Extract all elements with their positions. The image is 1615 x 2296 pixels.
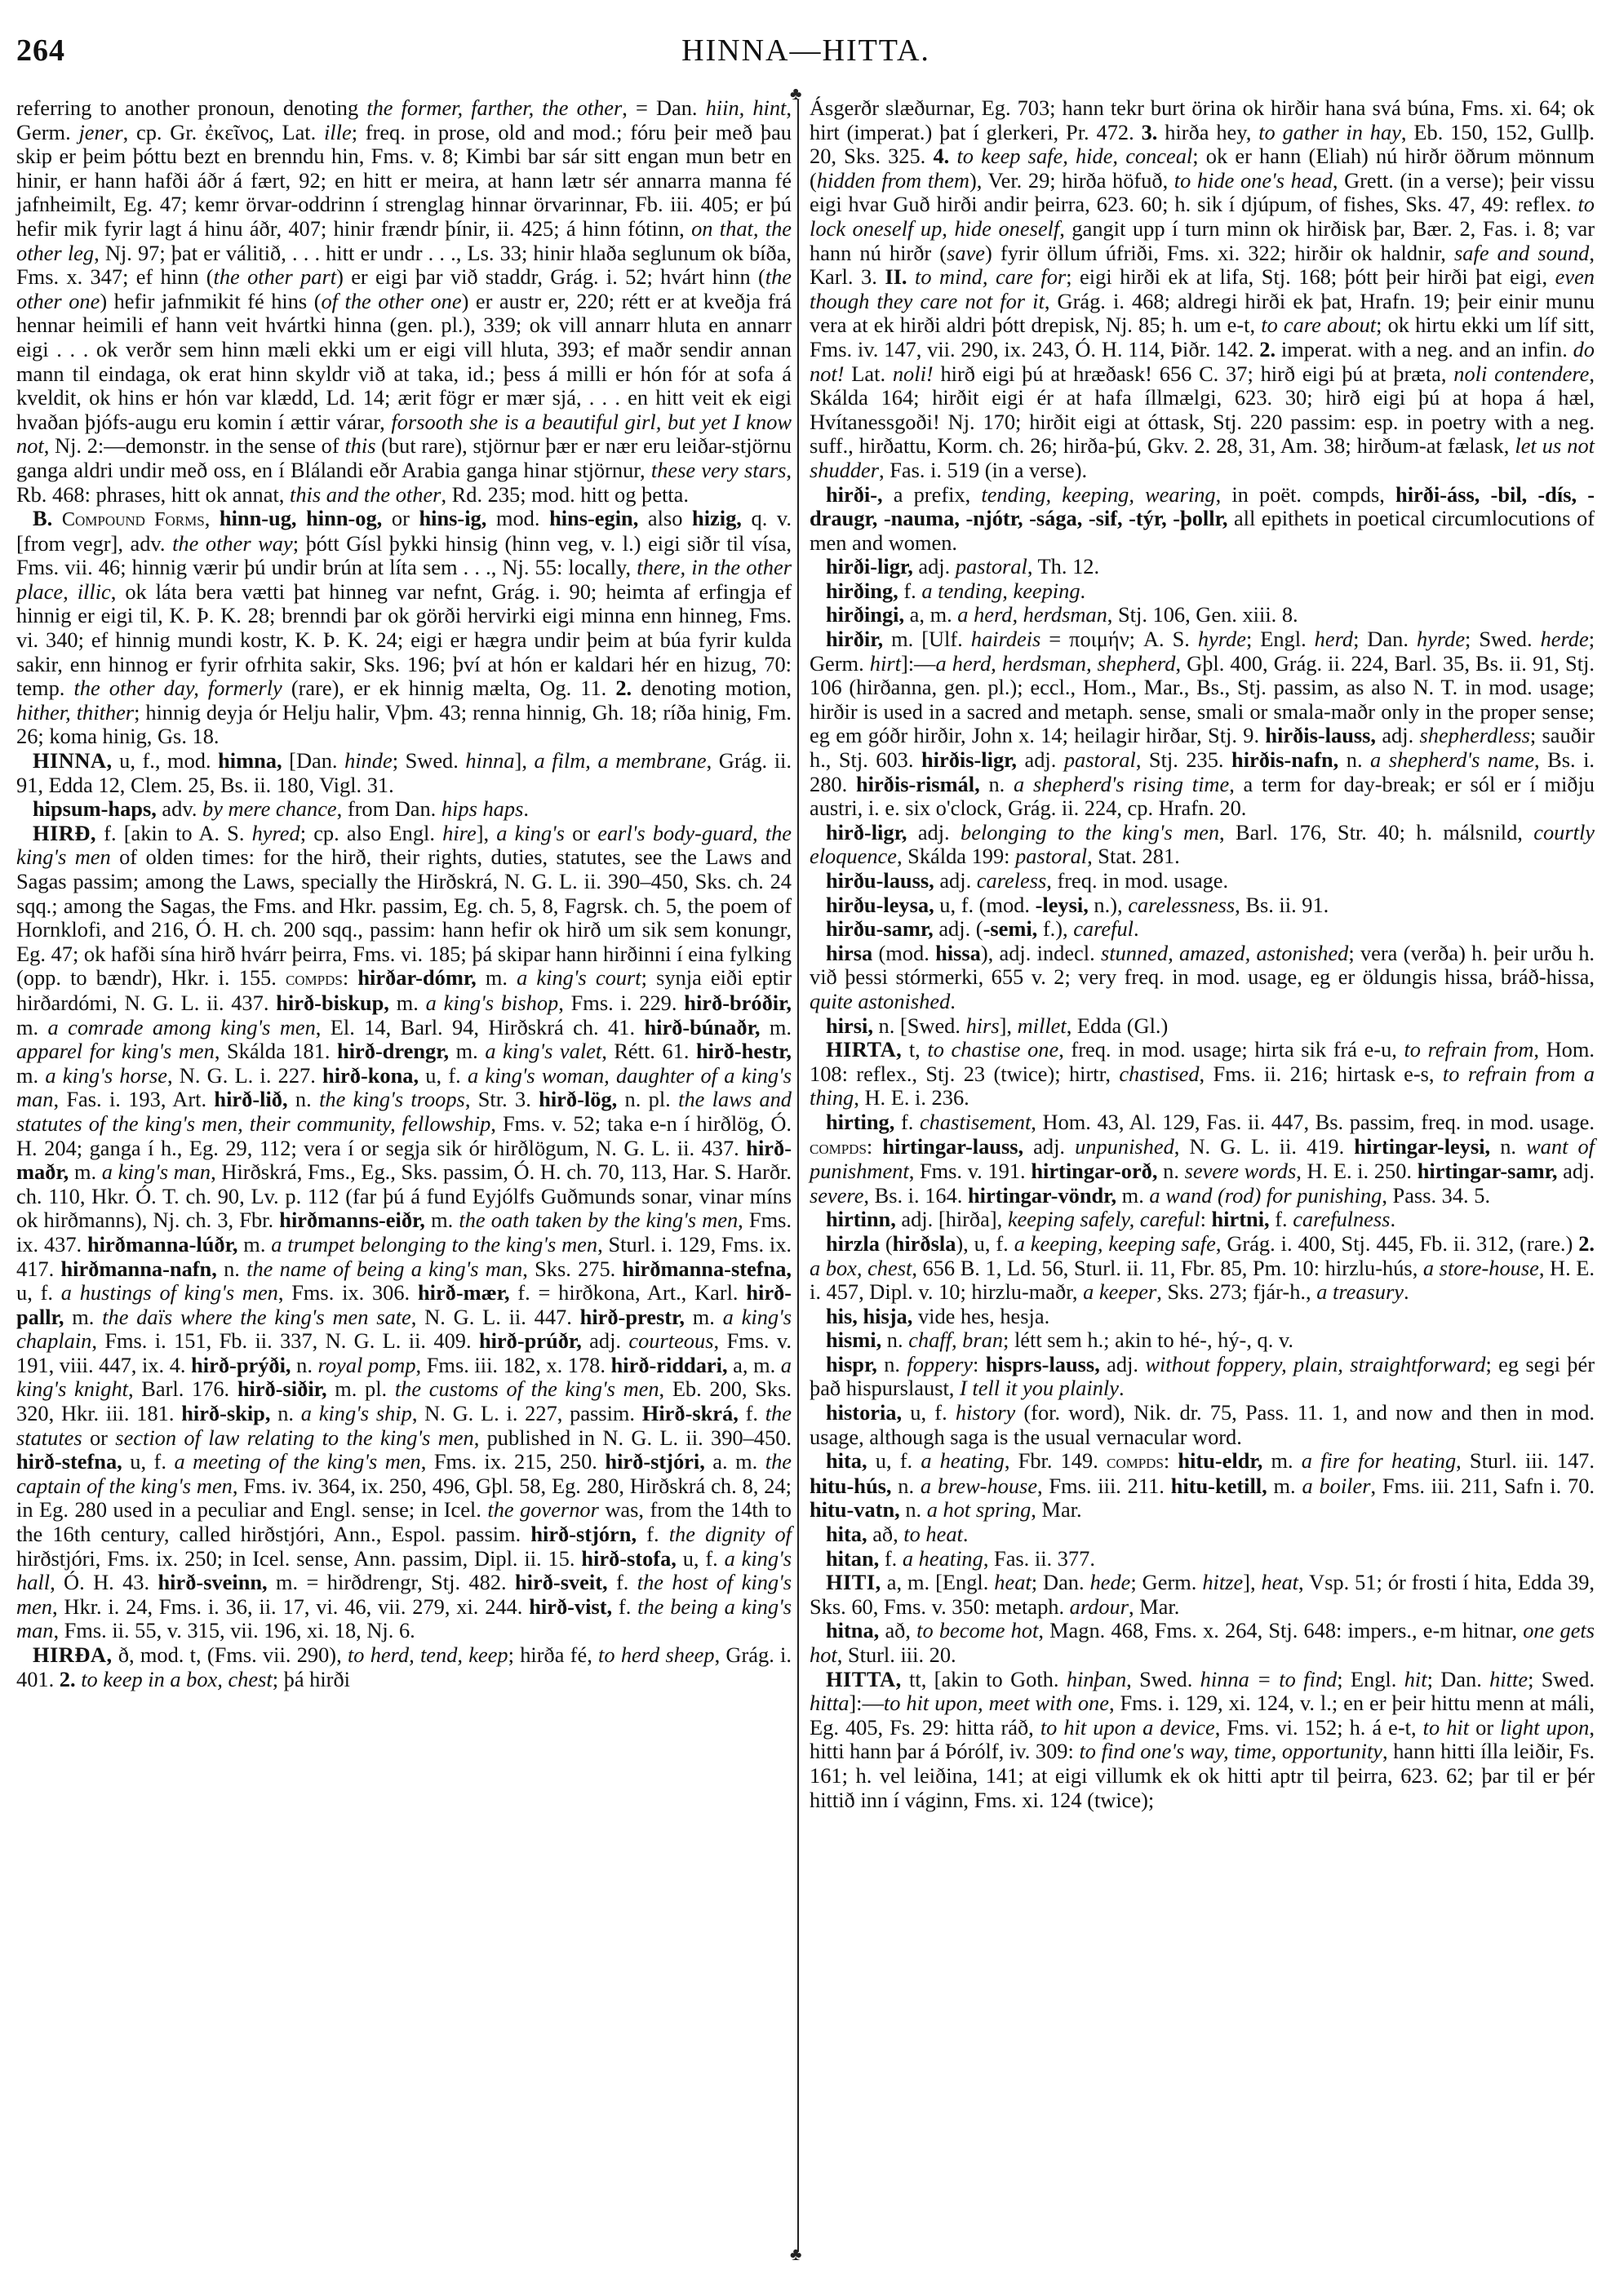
entry-text: m. — [760, 1015, 792, 1039]
entry-text: belonging to the king's men — [961, 820, 1219, 844]
headword: 2. — [1578, 1231, 1595, 1256]
dictionary-entry: HITTA, tt, [akin to Goth. hinþan, Swed. … — [810, 1668, 1595, 1813]
entry-text: a keeper — [1083, 1279, 1156, 1304]
entry-text: m. — [685, 1305, 723, 1329]
dictionary-entry: hirðingi, a, m. a herd, herdsman, Stj. 1… — [810, 603, 1595, 627]
entry-text: f. — [1270, 1207, 1293, 1231]
entry-text: a king's horse — [45, 1063, 167, 1088]
entry-text: tending, keeping, wearing — [981, 482, 1215, 507]
entry-text: , Rétt. 61. — [601, 1039, 696, 1063]
entry-text: to herd sheep — [598, 1642, 715, 1667]
headword: hitu-ketill, — [1171, 1474, 1267, 1498]
entry-text: keeping safely, careful — [1008, 1207, 1200, 1231]
entry-text: ) fyrir öllum úfriði, Fms. xi. 322; hirð… — [985, 241, 1454, 265]
entry-text: , N. G. L. i. 227, passim. — [412, 1401, 642, 1425]
headword: II. — [885, 264, 907, 289]
entry-text: u, f. — [16, 1280, 61, 1305]
entry-text: careless — [977, 868, 1047, 893]
dictionary-entry: hirðu-leysa, u, f. (mod. -leysi, n.), ca… — [810, 893, 1595, 918]
entry-text: u, f. (mod. — [934, 893, 1036, 917]
entry-text: , Grág. i. 400, Stj. 445, Fb. ii. 312, (… — [1216, 1231, 1578, 1256]
entry-text: = ποιμήν; A. S. — [1040, 627, 1198, 651]
entry-text: millet — [1018, 1013, 1067, 1038]
entry-text: ], — [1243, 1570, 1261, 1594]
dictionary-entry: hita, að, to heat. — [810, 1523, 1595, 1547]
entry-text: : — [973, 1352, 986, 1376]
headword: hirðis-ligr, — [921, 747, 1017, 772]
dictionary-entry: hita, u, f. a heating, Fbr. 149. compds:… — [810, 1449, 1595, 1523]
headword: hipsum-haps, — [33, 796, 157, 821]
entry-text: n. — [980, 772, 1014, 796]
running-title: HINNA—HITTA. — [16, 33, 1595, 69]
entry-text: hinna — [465, 748, 514, 773]
entry-text: ) hefir jafnmikit fé hins ( — [100, 289, 321, 313]
entry-text: , Hkr. i. 24, Fms. i. 36, ii. 17, vi. 46… — [52, 1594, 529, 1619]
column-divider — [797, 100, 799, 2252]
entry-text: a prefix, — [883, 482, 982, 507]
entry-text: , in poët. compds, — [1216, 482, 1395, 507]
entry-text: foppery — [907, 1352, 973, 1376]
entry-text: , Fms. i. 229. — [558, 991, 684, 1015]
headword: hirðsla — [893, 1231, 956, 1256]
headword: hirsa — [826, 941, 872, 965]
entry-text: to keep safe, hide, conceal — [956, 144, 1192, 168]
entry-text: ]:— — [901, 651, 936, 676]
headword: hins-ig, — [419, 506, 486, 530]
entry-text: : — [1200, 1207, 1212, 1231]
entry-text: ; Dan. — [1427, 1667, 1490, 1691]
entry-text: , from Dan. — [337, 796, 441, 821]
entry-text: u, f. — [419, 1063, 468, 1088]
entry-text: hyrde — [1417, 627, 1465, 651]
dictionary-entry: referring to another pronoun, denoting t… — [16, 96, 792, 507]
headword: hirð-siðir, — [237, 1376, 327, 1401]
headword: hirð-lið, — [214, 1087, 287, 1111]
entry-text: m. — [237, 1232, 271, 1257]
entry-text: , Edda (Gl.) — [1067, 1013, 1169, 1038]
entry-text: , Fms. ix. 306. — [278, 1280, 418, 1305]
entry-text: , Fas. i. 193, Art. — [53, 1087, 214, 1111]
entry-text: m. — [16, 1063, 45, 1088]
entry-text: to refrain from — [1404, 1037, 1533, 1062]
entry-text: chastisement — [920, 1110, 1031, 1134]
entry-text: , Fms. vi. 152; h. á e-t, — [1215, 1715, 1423, 1740]
headword: hirð-lög, — [539, 1087, 617, 1111]
entry-text: adj. — [934, 868, 977, 893]
dictionary-entry: hirtinn, adj. [hirða], keeping safely, c… — [810, 1208, 1595, 1232]
headword: HITI, — [826, 1570, 881, 1594]
entry-text: hinþan — [1067, 1667, 1126, 1691]
entry-text: the dignity of — [669, 1522, 792, 1546]
entry-text: ; Engl. — [1246, 627, 1315, 651]
entry-text: to hit upon, meet with one — [884, 1691, 1109, 1715]
entry-text: chastised — [1119, 1062, 1199, 1086]
entry-text: careful — [1073, 916, 1134, 941]
entry-text: , freq. in mod. usage. — [1046, 868, 1228, 893]
entry-text: hire — [442, 821, 477, 845]
headword: hirting, — [826, 1110, 894, 1134]
entry-text: m. pl. — [327, 1376, 395, 1401]
entry-text: a tending, keeping — [921, 578, 1080, 603]
headword: hizig, — [692, 506, 742, 530]
entry-text: , Fms. ix. 215, 250. — [421, 1449, 606, 1474]
entry-text: m. = hirðdrengr, Stj. 482. — [268, 1570, 515, 1594]
entry-text: hips haps — [441, 796, 523, 821]
entry-text: , Fms. iii. 211. — [1037, 1474, 1171, 1498]
entry-text: a, m. — [728, 1353, 781, 1377]
entry-text: ardour — [1070, 1594, 1129, 1619]
headword: hirtni, — [1212, 1207, 1270, 1231]
entry-text: m. — [1116, 1183, 1149, 1208]
entry-text: ; létt sem h.; akin to hé-, hý-, q. v. — [1003, 1328, 1293, 1352]
headword: hirð-bróðir, — [684, 991, 792, 1015]
headword: -leysi, — [1036, 893, 1089, 917]
entry-text: : — [867, 1134, 882, 1159]
entry-text: by mere chance — [202, 796, 337, 821]
entry-text: a boiler — [1302, 1474, 1370, 1498]
entry-text: compds — [286, 968, 343, 990]
entry-text: . — [1390, 1207, 1395, 1231]
entry-text: a comrade among king's men — [48, 1015, 316, 1039]
dictionary-entry: hirting, f. chastisement, Hom. 43, Al. 1… — [810, 1110, 1595, 1208]
entry-text: , Sks. 275. — [522, 1257, 622, 1281]
entry-text: ; hirða fé, — [508, 1642, 598, 1667]
entry-text: hinde — [344, 748, 393, 773]
entry-text: a heating — [921, 1448, 1005, 1473]
entry-text: , Bs. i. 164. — [863, 1183, 968, 1208]
entry-text: a king's ship — [301, 1401, 412, 1425]
entry-text: n. pl. — [617, 1087, 678, 1111]
entry-text: f. — [898, 578, 922, 603]
headword: 2. — [1259, 337, 1276, 361]
entry-text: or — [565, 821, 597, 845]
entry-text: mod. — [486, 506, 549, 530]
entry-text: imperat. with a neg. and an infin. — [1276, 337, 1573, 361]
entry-text: , H. E. i. 236. — [854, 1085, 969, 1110]
entry-text: the customs of the king's men — [395, 1376, 659, 1401]
entry-text: , H. E. i. 250. — [1296, 1159, 1417, 1183]
entry-text: , El. 14, Barl. 94, Hirðskrá ch. 41. — [316, 1015, 645, 1039]
entry-text: f. = hirðkona, Art., Karl. — [510, 1280, 747, 1305]
headword: hirtingar-samr, — [1418, 1159, 1558, 1183]
entry-text: m. — [389, 991, 426, 1015]
entry-text: t, — [902, 1037, 927, 1062]
headword: -semi, — [983, 916, 1038, 941]
entry-text: to heat — [903, 1522, 963, 1546]
entry-text: to chastise one — [927, 1037, 1058, 1062]
entry-text: , Skálda 199: — [897, 844, 1015, 868]
entry-text: hitte — [1489, 1667, 1528, 1691]
entry-text: . — [1119, 1376, 1125, 1400]
entry-text: a, m. — [904, 602, 957, 627]
headword: hirð-sveit, — [515, 1570, 608, 1594]
entry-text: hirða hey, — [1157, 120, 1258, 144]
dictionary-entry: hirð-ligr, adj. belonging to the king's … — [810, 821, 1595, 869]
headword: hirðing, — [826, 578, 898, 603]
entry-text: (mod. — [872, 941, 935, 965]
entry-text: a keeping, keeping safe — [1014, 1231, 1216, 1256]
entry-text: . — [523, 796, 529, 821]
entry-text: m. [Ulf. — [883, 627, 971, 651]
headword: hirðmanna-stefna, — [623, 1257, 792, 1281]
entry-text: ; Engl. — [1337, 1667, 1404, 1691]
headword: hitna, — [826, 1618, 879, 1642]
entry-text: n. — [291, 1353, 318, 1377]
entry-text: hirð eigi þú at hræðask! 656 C. 37; hirð… — [934, 361, 1454, 386]
entry-text: adj. — [913, 554, 956, 578]
entry-text: , published in N. G. L. ii. 390–450. — [474, 1425, 792, 1450]
entry-text: , = Dan. — [622, 95, 705, 120]
entry-text: adj. — [582, 1328, 629, 1353]
entry-text: m. — [477, 965, 517, 990]
page-header: 264 HINNA—HITTA. — [16, 33, 1595, 82]
entry-text: , Stat. 281. — [1087, 844, 1180, 868]
headword: hirð-mær, — [418, 1280, 510, 1305]
entry-text: to care about — [1261, 312, 1376, 337]
entry-text: u, f. — [867, 1448, 921, 1473]
entry-text: m. — [449, 1039, 485, 1063]
entry-text: m. — [64, 1305, 102, 1329]
entry-text: n. — [892, 1474, 921, 1498]
entry-text: quite astonished — [810, 989, 950, 1013]
entry-text: n. — [1157, 1159, 1184, 1183]
dictionary-entry: HIRÐA, ð, mod. t, (Fms. vii. 290), to he… — [16, 1643, 792, 1691]
entry-text: Compound Forms — [62, 508, 205, 530]
entry-text: ), adj. indecl. — [981, 941, 1101, 965]
entry-text: jener — [78, 120, 122, 144]
entry-text: unpunished — [1075, 1134, 1174, 1159]
entry-text: or — [382, 506, 419, 530]
entry-text: tt, [akin to Goth. — [902, 1667, 1067, 1691]
entry-text: , Hom. 43, Al. 129, Fas. ii. 447, Bs. pa… — [1031, 1110, 1595, 1134]
entry-text: carelessness — [1128, 893, 1235, 917]
headword: hirtingar-leysi, — [1354, 1134, 1490, 1159]
entry-text: a treasury — [1316, 1279, 1404, 1304]
entry-text: . — [1404, 1279, 1409, 1304]
entry-text: hyrde — [1198, 627, 1246, 651]
entry-text: , Rd. 235; mod. hitt og þetta. — [441, 482, 688, 507]
entry-text: ( — [880, 1231, 893, 1256]
entry-text: a king's valet — [485, 1039, 601, 1063]
entry-text: ), Ver. 29; hirða höfuð, — [969, 168, 1174, 193]
entry-text: hede — [1090, 1570, 1131, 1594]
entry-text: . — [1134, 916, 1139, 941]
headword: hirð-drengr, — [337, 1039, 449, 1063]
entry-text: to become hot — [916, 1618, 1038, 1642]
entry-text: n. — [270, 1401, 300, 1425]
entry-text: pastoral — [1015, 844, 1087, 868]
dictionary-entry: hirsi, n. [Swed. hirs], millet, Edda (Gl… — [810, 1014, 1595, 1039]
headword: hirð-prestr, — [580, 1305, 685, 1329]
headword: hirð-stofa, — [581, 1546, 677, 1571]
entry-text: ) er eigi þar við staddr, Grág. i. 52; h… — [336, 264, 765, 289]
entry-text: hirðstjóri, Fms. ix. 250; in Icel. sense… — [16, 1546, 581, 1571]
entry-text: heat — [1262, 1570, 1298, 1594]
entry-text: or — [82, 1425, 116, 1450]
entry-text: , Pass. 34. 5. — [1382, 1183, 1490, 1208]
entry-text: ; Dan. — [1353, 627, 1417, 651]
entry-text: adj. [hirða], — [896, 1207, 1008, 1231]
entry-text: the king's troops — [319, 1087, 465, 1111]
entry-text: n. — [288, 1087, 319, 1111]
entry-text: denoting motion, — [632, 676, 792, 700]
entry-text: a king's — [496, 821, 565, 845]
entry-text: a. m. — [705, 1449, 765, 1474]
entry-text: f.), — [1037, 916, 1073, 941]
entry-text: [Dan. — [282, 748, 344, 773]
dictionary-entry: B. Compound Forms, hinn-ug, hinn-og, or … — [16, 507, 792, 749]
column-ornament-bottom-icon: ♣ — [790, 2245, 801, 2263]
entry-text: , Fms. iii. 182, x. 178. — [416, 1353, 611, 1377]
dictionary-entry: hirðu-lauss, adj. careless, freq. in mod… — [810, 869, 1595, 893]
entry-text: u, f., mod. — [113, 748, 219, 773]
entry-text: , Fbr. 149. — [1005, 1448, 1107, 1473]
entry-text: a, m. [Engl. — [881, 1570, 995, 1594]
entry-text: . — [1080, 578, 1086, 603]
headword: hirð-stjórn, — [530, 1522, 637, 1546]
headword: hirðmanna-nafn, — [60, 1257, 216, 1281]
entry-text: light upon — [1500, 1715, 1589, 1740]
entry-text: ; Swed. — [1465, 627, 1541, 651]
headword: hitan, — [826, 1546, 879, 1571]
entry-text: the daïs where the king's men sate — [102, 1305, 411, 1329]
headword: hirtinn, — [826, 1207, 896, 1231]
entry-text: the former, farther, the other — [366, 95, 622, 120]
headword: 2. — [60, 1667, 76, 1691]
dictionary-entry: hirði-ligr, adj. pastoral, Th. 12. — [810, 555, 1595, 579]
dictionary-entry: hirðu-samr, adj. (-semi, f.), careful. — [810, 917, 1595, 942]
headword: HITTA, — [826, 1667, 902, 1691]
entry-text: , Stj. 235. — [1136, 747, 1231, 772]
entry-text: carefulness — [1293, 1207, 1390, 1231]
entry-text: a trumpet belonging to the king's men — [271, 1232, 597, 1257]
entry-text: , Fas. i. 519 (in a verse). — [879, 458, 1087, 482]
headword: his, hisja, — [826, 1304, 912, 1328]
entry-text: ]:— — [849, 1691, 884, 1715]
dictionary-entry: hipsum-haps, adv. by mere chance, from D… — [16, 797, 792, 822]
entry-text: a herd, herdsman — [957, 602, 1107, 627]
headword: hirð-sveinn, — [158, 1570, 267, 1594]
entry-text: m. — [69, 1159, 101, 1184]
entry-text: ð, mod. t, (Fms. vii. 290), — [113, 1642, 348, 1667]
entry-text: , Magn. 468, Fms. x. 264, Stj. 648: impe… — [1038, 1618, 1523, 1642]
headword: hirð-stefna, — [16, 1449, 122, 1474]
entry-text: f. — [879, 1546, 903, 1571]
entry-text: a store-house — [1423, 1256, 1539, 1280]
entry-text: , N. G. L. i. 227. — [167, 1063, 322, 1088]
entry-text: ; Swed. — [393, 748, 466, 773]
entry-text: these very stars — [651, 458, 787, 482]
entry-text: , Fas. ii. 377. — [983, 1546, 1095, 1571]
entry-text: Lat. — [845, 361, 893, 386]
entry-text: , Nj. 2:—demonstr. in the sense of — [44, 433, 345, 458]
headword: hirð-vist, — [529, 1594, 612, 1619]
headword: 2. — [615, 676, 632, 700]
entry-text: u, f. — [902, 1400, 956, 1425]
entry-text: the name of being a king's man — [246, 1257, 522, 1281]
entry-text: f. — [612, 1594, 637, 1619]
entry-text: m. — [16, 1015, 48, 1039]
headword: historia, — [826, 1400, 902, 1425]
dictionary-entry: historia, u, f. history (for. word), Nik… — [810, 1401, 1595, 1449]
entry-text: pastoral — [956, 554, 1027, 578]
entry-text: , Barl. 176, Str. 40; h. málsnild, — [1219, 820, 1533, 844]
entry-text: herd — [1315, 627, 1353, 651]
entry-text: , 656 B. 1, Ld. 56, Sturl. ii. 11, Fbr. … — [912, 1256, 1423, 1280]
entry-text: apparel for king's men — [16, 1039, 215, 1063]
entry-text: ; cp. also Engl. — [300, 821, 442, 845]
entry-text: the other part — [214, 264, 337, 289]
entry-text: also — [638, 506, 692, 530]
headword: hirzla — [826, 1231, 880, 1256]
headword: hirð-skip, — [181, 1401, 270, 1425]
entry-text: to hide one's head — [1174, 168, 1333, 193]
entry-text: save — [947, 241, 985, 265]
entry-text: hairdeis — [971, 627, 1041, 651]
entry-text: compds — [1107, 1451, 1164, 1473]
entry-text: , Fms. i. 151, Fb. ii. 337, N. G. L. ii.… — [91, 1328, 479, 1353]
entry-text: hither, thither — [16, 700, 134, 725]
headword: hirðir, — [826, 627, 883, 651]
entry-text: n. — [1490, 1134, 1526, 1159]
entry-text: , Sks. 273; fjár-h., — [1156, 1279, 1316, 1304]
entry-text: noli! — [893, 361, 934, 386]
entry-text: a hot spring — [927, 1497, 1032, 1522]
entry-text: n. — [881, 1328, 908, 1352]
entry-text: hiin, hint — [706, 95, 787, 120]
entry-text — [907, 264, 915, 289]
headword: hirð-prúðr, — [479, 1328, 582, 1353]
entry-text: a hustings of king's men — [61, 1280, 278, 1305]
dictionary-entry: hirðir, m. [Ulf. hairdeis = ποιμήν; A. S… — [810, 627, 1595, 821]
headword: hirðingi, — [826, 602, 904, 627]
dictionary-entry: hispr, n. foppery: hisprs-lauss, adj. wi… — [810, 1353, 1595, 1401]
headword: himna, — [218, 748, 282, 773]
entry-text: referring to another pronoun, denoting — [16, 95, 366, 120]
entry-text: ; Swed. — [1528, 1667, 1595, 1691]
entry-text: , Fms. iii. 211, Safn i. 70. — [1370, 1474, 1595, 1498]
entry-text: adj. — [1100, 1352, 1146, 1376]
entry-text: a herd, herdsman, shepherd — [935, 651, 1175, 676]
entry-text: courteous — [628, 1328, 713, 1353]
headword: hirðu-samr, — [826, 916, 934, 941]
entry-text: severe — [810, 1183, 863, 1208]
headword: hinn-ug, hinn-og, — [220, 506, 382, 530]
headword: hirð-hestr, — [696, 1039, 792, 1063]
entry-text: this and the other — [290, 482, 441, 507]
entry-text: , Swed. — [1126, 1667, 1200, 1691]
entry-text: a heating — [903, 1546, 983, 1571]
entry-text: , Th. 12. — [1027, 554, 1099, 578]
headword: hins-egin, — [549, 506, 638, 530]
entry-text: hit — [1404, 1667, 1427, 1691]
dictionary-entry: his, hisja, vide hes, hesja. — [810, 1305, 1595, 1329]
entry-text: n. [Swed. — [873, 1013, 966, 1038]
entry-text: m. — [1262, 1448, 1301, 1473]
dictionary-entry: hirsa (mod. hissa), adj. indecl. stunned… — [810, 942, 1595, 1014]
entry-text: ; eigi hirði ek at lifa, Stj. 168; þótt … — [1066, 264, 1555, 289]
headword: hisprs-lauss, — [986, 1352, 1100, 1376]
entry-text: hitta — [810, 1691, 849, 1715]
entry-text: adj. ( — [934, 916, 983, 941]
column-ornament-top-icon: ♣ — [790, 85, 801, 103]
headword: HIRÐA, — [33, 1642, 113, 1667]
entry-text: : — [343, 965, 357, 990]
headword: hirsi, — [826, 1013, 873, 1038]
entry-text: a meeting of the king's men — [174, 1449, 420, 1474]
entry-text: ; Germ. — [1130, 1570, 1202, 1594]
headword: hirtingar-orð, — [1031, 1159, 1157, 1183]
